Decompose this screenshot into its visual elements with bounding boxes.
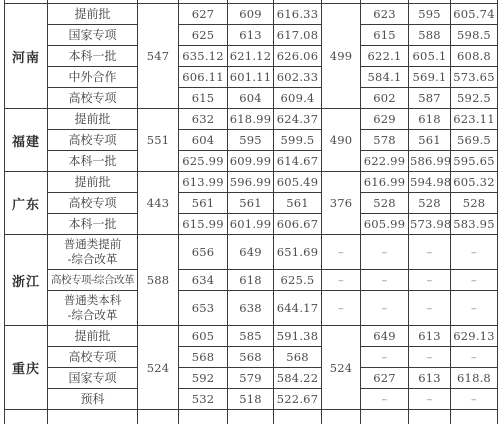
score-b-low-cell: – <box>409 347 451 368</box>
batch-label-cell: 提前批 <box>48 4 138 25</box>
control-line-left-cell: 524 <box>138 326 179 410</box>
score-a-low-cell: 649 <box>228 235 274 270</box>
batch-label-cell: 提前批 <box>48 172 138 193</box>
score-b-low-cell: 594.98 <box>409 172 451 193</box>
table-row: 浙江普通类提前 -综合改革588656649651.69–––– <box>5 235 498 270</box>
table-row: 高校专项604595599.5578561569.5 <box>5 130 498 151</box>
score-b-high-cell: 578 <box>361 130 409 151</box>
control-line-right-cell: 499 <box>322 4 361 109</box>
control-line-right-cell: – <box>322 291 361 326</box>
score-b-avg-cell: 595.65 <box>451 151 498 172</box>
score-a-high-cell: 625 <box>179 25 228 46</box>
score-a-high-cell: 613.99 <box>179 172 228 193</box>
score-a-low-cell: 601.99 <box>228 214 274 235</box>
batch-label-cell: 本科一批 <box>48 214 138 235</box>
score-a-low-cell: 561 <box>228 193 274 214</box>
score-a-avg-cell: 609.4 <box>274 88 322 109</box>
score-table-body: 河南提前批547627609616.33499623595605.74国家专项6… <box>5 0 498 424</box>
score-b-avg-cell: 528 <box>451 193 498 214</box>
score-b-avg-cell: 608.8 <box>451 46 498 67</box>
score-b-high-cell: 623 <box>361 4 409 25</box>
score-b-high-cell: 584.1 <box>361 67 409 88</box>
score-b-low-cell: – <box>409 291 451 326</box>
score-b-avg-cell: 573.65 <box>451 67 498 88</box>
province-cell: 河南 <box>5 4 48 109</box>
control-line-left-cell: 547 <box>138 4 179 109</box>
score-b-high-cell: – <box>361 291 409 326</box>
batch-label-cell: 普通类提前 -综合改革 <box>48 235 138 270</box>
control-line-right-cell: 376 <box>322 172 361 235</box>
score-b-avg-cell: – <box>451 389 498 410</box>
score-b-low-cell: 613 <box>409 368 451 389</box>
score-b-high-cell: 615 <box>361 25 409 46</box>
batch-label-cell: 预科 <box>48 389 138 410</box>
batch-label-cell: 高校专项-综合改革 <box>48 270 138 291</box>
score-a-avg-cell: 651.69 <box>274 235 322 270</box>
score-b-low-cell: 573.98 <box>409 214 451 235</box>
score-a-low-cell: 618 <box>228 270 274 291</box>
table-row: 本科一批625.99609.99614.67622.99586.99595.65 <box>5 151 498 172</box>
score-b-low-cell: 528 <box>409 193 451 214</box>
score-a-avg-cell: 599.5 <box>274 130 322 151</box>
score-a-avg-cell: 614.67 <box>274 151 322 172</box>
score-a-low-cell: 618.99 <box>228 109 274 130</box>
table-row: 福建提前批551632618.99624.37490629618623.11 <box>5 109 498 130</box>
score-a-low-cell: 604 <box>228 88 274 109</box>
score-b-avg-cell: – <box>451 235 498 270</box>
table-row: 国家专项592579584.22627613618.8 <box>5 368 498 389</box>
score-b-avg-cell: 618.8 <box>451 368 498 389</box>
batch-label-cell: 高校专项 <box>48 347 138 368</box>
score-b-high-cell: – <box>361 270 409 291</box>
empty-cell <box>228 410 274 424</box>
score-a-low-cell: 621.12 <box>228 46 274 67</box>
empty-cell <box>322 410 361 424</box>
score-a-high-cell: 634 <box>179 270 228 291</box>
batch-label-cell: 高校专项 <box>48 193 138 214</box>
score-a-low-cell: 601.11 <box>228 67 274 88</box>
score-b-low-cell: 618 <box>409 109 451 130</box>
empty-cell <box>361 410 409 424</box>
score-a-high-cell: 656 <box>179 235 228 270</box>
score-a-high-cell: 615.99 <box>179 214 228 235</box>
batch-label-cell: 提前批 <box>48 326 138 347</box>
score-a-low-cell: 585 <box>228 326 274 347</box>
score-a-high-cell: 653 <box>179 291 228 326</box>
score-a-low-cell: 568 <box>228 347 274 368</box>
score-b-high-cell: – <box>361 389 409 410</box>
score-a-high-cell: 561 <box>179 193 228 214</box>
batch-label-cell: 本科一批 <box>48 151 138 172</box>
empty-cell <box>274 410 322 424</box>
score-b-high-cell: 528 <box>361 193 409 214</box>
batch-label-cell: 提前批 <box>48 109 138 130</box>
score-b-low-cell: – <box>409 235 451 270</box>
control-line-right-cell: 524 <box>322 326 361 410</box>
score-a-high-cell: 632 <box>179 109 228 130</box>
score-b-avg-cell: 598.5 <box>451 25 498 46</box>
control-line-right-cell: 490 <box>322 109 361 172</box>
score-a-avg-cell: 606.67 <box>274 214 322 235</box>
score-b-high-cell: 627 <box>361 368 409 389</box>
score-a-high-cell: 532 <box>179 389 228 410</box>
score-a-avg-cell: 626.06 <box>274 46 322 67</box>
score-a-avg-cell: 591.38 <box>274 326 322 347</box>
table-row: 重庆提前批524605585591.38524649613629.13 <box>5 326 498 347</box>
province-cell: 广东 <box>5 172 48 235</box>
score-b-low-cell: 561 <box>409 130 451 151</box>
score-b-avg-cell: 605.74 <box>451 4 498 25</box>
table-row: 高校专项615604609.4602587592.5 <box>5 88 498 109</box>
score-b-high-cell: 622.99 <box>361 151 409 172</box>
control-line-left-cell: 588 <box>138 235 179 326</box>
table-row: 国家专项625613617.08615588598.5 <box>5 25 498 46</box>
table-row: 本科一批615.99601.99606.67605.99573.98583.95 <box>5 214 498 235</box>
table-row: 高校专项-综合改革634618625.5–––– <box>5 270 498 291</box>
batch-label-cell: 国家专项 <box>48 25 138 46</box>
empty-cell <box>138 410 179 424</box>
score-b-high-cell: 622.1 <box>361 46 409 67</box>
score-a-high-cell: 568 <box>179 347 228 368</box>
score-b-high-cell: 649 <box>361 326 409 347</box>
empty-cell <box>5 410 48 424</box>
score-a-low-cell: 638 <box>228 291 274 326</box>
table-row: 预科532518522.67––– <box>5 389 498 410</box>
score-a-low-cell: 596.99 <box>228 172 274 193</box>
score-b-low-cell: 595 <box>409 4 451 25</box>
province-cell: 福建 <box>5 109 48 172</box>
score-b-high-cell: 629 <box>361 109 409 130</box>
score-a-low-cell: 609 <box>228 4 274 25</box>
score-b-avg-cell: – <box>451 270 498 291</box>
table-row: 中外合作606.11601.11602.33584.1569.1573.65 <box>5 67 498 88</box>
empty-cell <box>409 410 451 424</box>
score-b-low-cell: 587 <box>409 88 451 109</box>
batch-label-cell: 国家专项 <box>48 368 138 389</box>
control-line-left-cell: 551 <box>138 109 179 172</box>
score-b-high-cell: 605.99 <box>361 214 409 235</box>
score-b-low-cell: – <box>409 389 451 410</box>
score-b-avg-cell: 592.5 <box>451 88 498 109</box>
table-row: 本科一批635.12621.12626.06622.1605.1608.8 <box>5 46 498 67</box>
score-b-low-cell: 586.99 <box>409 151 451 172</box>
score-b-high-cell: 602 <box>361 88 409 109</box>
control-line-right-cell: – <box>322 270 361 291</box>
score-a-avg-cell: 616.33 <box>274 4 322 25</box>
score-b-low-cell: – <box>409 270 451 291</box>
empty-cell <box>48 410 138 424</box>
score-b-low-cell: 569.1 <box>409 67 451 88</box>
table-row: 普通类本科 -综合改革653638644.17–––– <box>5 291 498 326</box>
province-cell: 重庆 <box>5 326 48 410</box>
table-row: 广东提前批443613.99596.99605.49376616.99594.9… <box>5 172 498 193</box>
score-b-high-cell: – <box>361 347 409 368</box>
control-line-left-cell: 443 <box>138 172 179 235</box>
score-a-low-cell: 579 <box>228 368 274 389</box>
score-a-high-cell: 627 <box>179 4 228 25</box>
score-b-high-cell: 616.99 <box>361 172 409 193</box>
table-row: 高校专项568568568––– <box>5 347 498 368</box>
score-a-avg-cell: 617.08 <box>274 25 322 46</box>
score-b-avg-cell: 605.32 <box>451 172 498 193</box>
batch-label-cell: 中外合作 <box>48 67 138 88</box>
score-b-avg-cell: 623.11 <box>451 109 498 130</box>
score-a-high-cell: 605 <box>179 326 228 347</box>
score-a-high-cell: 604 <box>179 130 228 151</box>
batch-label-cell: 本科一批 <box>48 46 138 67</box>
score-b-avg-cell: 583.95 <box>451 214 498 235</box>
empty-cell <box>179 410 228 424</box>
empty-cell <box>451 410 498 424</box>
score-b-high-cell: – <box>361 235 409 270</box>
score-a-low-cell: 613 <box>228 25 274 46</box>
score-a-avg-cell: 602.33 <box>274 67 322 88</box>
score-a-high-cell: 615 <box>179 88 228 109</box>
score-a-avg-cell: 568 <box>274 347 322 368</box>
score-b-low-cell: 605.1 <box>409 46 451 67</box>
score-table: 河南提前批547627609616.33499623595605.74国家专项6… <box>4 0 498 424</box>
province-cell: 浙江 <box>5 235 48 326</box>
score-a-avg-cell: 625.5 <box>274 270 322 291</box>
score-b-low-cell: 613 <box>409 326 451 347</box>
score-a-low-cell: 518 <box>228 389 274 410</box>
score-a-avg-cell: 522.67 <box>274 389 322 410</box>
score-b-low-cell: 588 <box>409 25 451 46</box>
score-a-avg-cell: 605.49 <box>274 172 322 193</box>
score-a-high-cell: 592 <box>179 368 228 389</box>
table-row: 河南提前批547627609616.33499623595605.74 <box>5 4 498 25</box>
cropped-partial-row <box>5 410 498 424</box>
batch-label-cell: 普通类本科 -综合改革 <box>48 291 138 326</box>
control-line-right-cell: – <box>322 235 361 270</box>
batch-label-cell: 高校专项 <box>48 130 138 151</box>
score-a-avg-cell: 561 <box>274 193 322 214</box>
score-a-avg-cell: 584.22 <box>274 368 322 389</box>
score-b-avg-cell: 629.13 <box>451 326 498 347</box>
batch-label-cell: 高校专项 <box>48 88 138 109</box>
score-a-avg-cell: 644.17 <box>274 291 322 326</box>
score-b-avg-cell: 569.5 <box>451 130 498 151</box>
score-a-high-cell: 635.12 <box>179 46 228 67</box>
score-b-avg-cell: – <box>451 347 498 368</box>
score-a-avg-cell: 624.37 <box>274 109 322 130</box>
score-a-high-cell: 606.11 <box>179 67 228 88</box>
score-a-high-cell: 625.99 <box>179 151 228 172</box>
score-b-avg-cell: – <box>451 291 498 326</box>
score-table-viewport: 河南提前批547627609616.33499623595605.74国家专项6… <box>0 0 499 424</box>
score-a-low-cell: 609.99 <box>228 151 274 172</box>
score-a-low-cell: 595 <box>228 130 274 151</box>
table-row: 高校专项561561561528528528 <box>5 193 498 214</box>
